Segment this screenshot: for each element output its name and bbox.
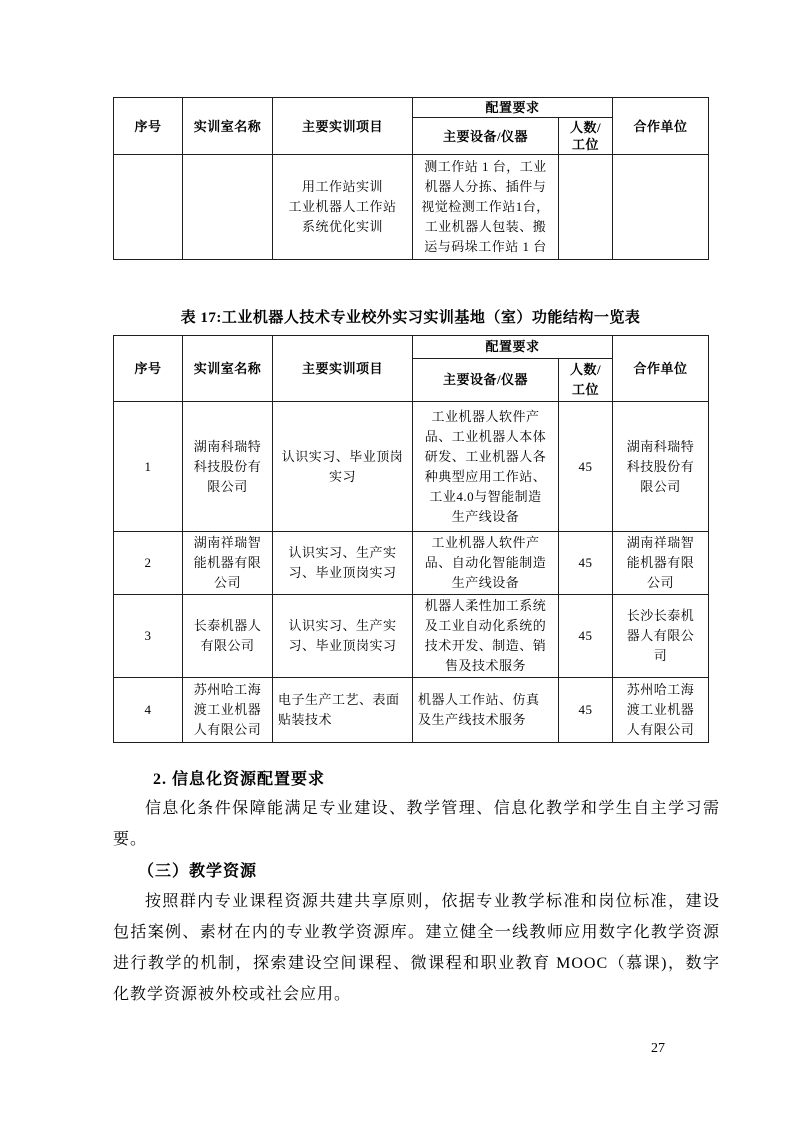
header-cell-partner: 合作单位 <box>613 98 709 155</box>
cell-project: 电子生产工艺、表面 贴装技术 <box>273 678 413 743</box>
cell-partner <box>613 155 709 260</box>
cell-serial: 3 <box>114 595 183 678</box>
cell-room <box>183 155 273 260</box>
header-cell-room: 实训室名称 <box>183 98 273 155</box>
cell-count: 45 <box>559 532 613 595</box>
cell-room: 湖南科瑞特 科技股份有 限公司 <box>183 402 273 532</box>
table-row: 用工作站实训 工业机器人工作站 系统优化实训 测工作站 1 台，工业 机器人分拣… <box>114 155 709 260</box>
cell-equipment: 工业机器人软件产 品、工业机器人本体 研发、工业机器人各 种典型应用工作站、 工… <box>413 402 559 532</box>
cell-count <box>559 155 613 260</box>
header-cell-count: 人数/ 工位 <box>559 359 613 402</box>
table-row: 1 湖南科瑞特 科技股份有 限公司 认识实习、毕业顶岗 实习 工业机器人软件产 … <box>114 402 709 532</box>
cell-project: 认识实习、毕业顶岗 实习 <box>273 402 413 532</box>
offcampus-training-base-table: 序号 实训室名称 主要实训项目 配置要求 合作单位 主要设备/仪器 人数/ 工位… <box>113 335 709 743</box>
cell-serial: 4 <box>114 678 183 743</box>
cell-equipment: 工业机器人软件产 品、自动化智能制造 生产线设备 <box>413 532 559 595</box>
cell-partner: 湖南科瑞特 科技股份有 限公司 <box>613 402 709 532</box>
document-page: 序号 实训室名称 主要实训项目 配置要求 合作单位 主要设备/仪器 人数/ 工位… <box>0 0 793 1122</box>
cell-project: 认识实习、生产实 习、毕业顶岗实习 <box>273 595 413 678</box>
header-cell-room: 实训室名称 <box>183 336 273 402</box>
cell-partner: 苏州哈工海 渡工业机器 人有限公司 <box>613 678 709 743</box>
cell-equipment: 机器人柔性加工系统 及工业自动化系统的 技术开发、制造、销 售及技术服务 <box>413 595 559 678</box>
cell-room: 苏州哈工海 渡工业机器 人有限公司 <box>183 678 273 743</box>
cell-equipment: 机器人工作站、仿真 及生产线技术服务 <box>413 678 559 743</box>
table-header-row: 序号 实训室名称 主要实训项目 配置要求 合作单位 <box>114 336 709 359</box>
header-cell-equipment: 主要设备/仪器 <box>413 359 559 402</box>
header-cell-serial: 序号 <box>114 336 183 402</box>
cell-project: 认识实习、生产实 习、毕业顶岗实习 <box>273 532 413 595</box>
cell-room: 湖南祥瑞智 能机器有限 公司 <box>183 532 273 595</box>
cell-partner: 长沙长泰机 器人有限公 司 <box>613 595 709 678</box>
header-cell-config: 配置要求 <box>413 98 613 118</box>
table-row: 4 苏州哈工海 渡工业机器 人有限公司 电子生产工艺、表面 贴装技术 机器人工作… <box>114 678 709 743</box>
cell-partner: 湖南祥瑞智 能机器有限 公司 <box>613 532 709 595</box>
header-cell-partner: 合作单位 <box>613 336 709 402</box>
section-heading-teaching-resources: （三）教学资源 <box>113 858 719 881</box>
page-number: 27 <box>651 1041 665 1057</box>
header-cell-project: 主要实训项目 <box>273 98 413 155</box>
header-cell-equipment: 主要设备/仪器 <box>413 118 559 155</box>
table-header-row: 序号 实训室名称 主要实训项目 配置要求 合作单位 <box>114 98 709 118</box>
header-cell-count: 人数/ 工位 <box>559 118 613 155</box>
header-cell-project: 主要实训项目 <box>273 336 413 402</box>
cell-serial: 2 <box>114 532 183 595</box>
training-base-table-continuation: 序号 实训室名称 主要实训项目 配置要求 合作单位 主要设备/仪器 人数/ 工位… <box>113 97 709 260</box>
table-row: 3 长泰机器人 有限公司 认识实习、生产实 习、毕业顶岗实习 机器人柔性加工系统… <box>114 595 709 678</box>
cell-project: 用工作站实训 工业机器人工作站 系统优化实训 <box>273 155 413 260</box>
cell-count: 45 <box>559 402 613 532</box>
cell-room: 长泰机器人 有限公司 <box>183 595 273 678</box>
section-heading-info-resources: 2. 信息化资源配置要求 <box>113 766 719 789</box>
cell-serial: 1 <box>114 402 183 532</box>
header-cell-serial: 序号 <box>114 98 183 155</box>
header-cell-config: 配置要求 <box>413 336 613 359</box>
cell-count: 45 <box>559 595 613 678</box>
paragraph-info-resources: 信息化条件保障能满足专业建设、教学管理、信息化教学和学生自主学习需要。 <box>113 793 720 855</box>
cell-equipment: 测工作站 1 台，工业 机器人分拣、插件与 视觉检测工作站1台， 工业机器人包装… <box>413 155 559 260</box>
paragraph-teaching-resources: 按照群内专业课程资源共建共享原则，依据专业教学标准和岗位标准，建设包括案例、素材… <box>113 886 720 1010</box>
cell-serial <box>114 155 183 260</box>
table-17-title: 表 17:工业机器人技术专业校外实习实训基地（室）功能结构一览表 <box>113 306 708 327</box>
table-row: 2 湖南祥瑞智 能机器有限 公司 认识实习、生产实 习、毕业顶岗实习 工业机器人… <box>114 532 709 595</box>
cell-count: 45 <box>559 678 613 743</box>
